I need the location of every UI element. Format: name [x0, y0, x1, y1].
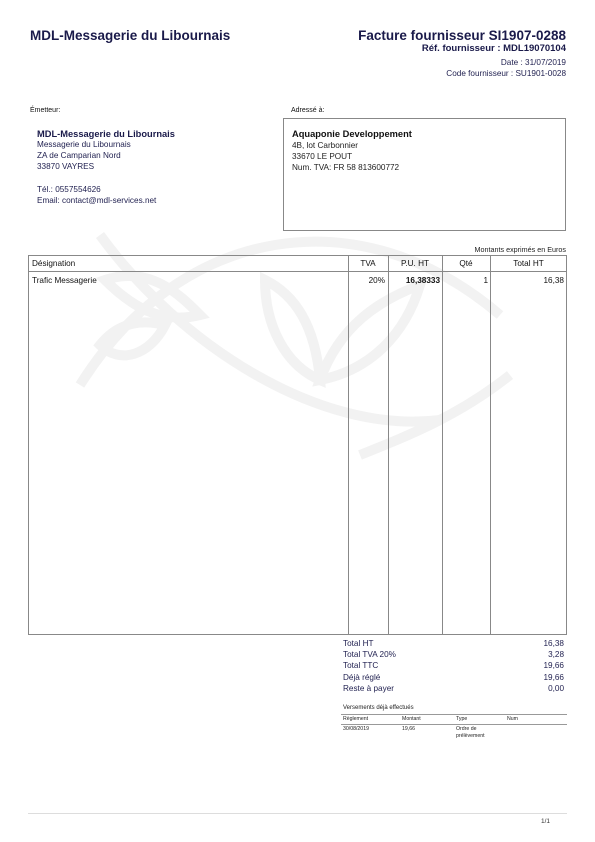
column-header-total-ht: Total HT — [490, 259, 567, 268]
sender-name: MDL-Messagerie du Libournais — [37, 129, 175, 139]
invoice-date: Date : 31/07/2019 — [501, 58, 566, 67]
footer-divider — [28, 813, 567, 814]
sender-box: MDL-Messagerie du Libournais Messagerie … — [28, 118, 276, 216]
column-divider — [348, 256, 349, 634]
total-ttc-value: 19,66 — [544, 661, 565, 670]
already-paid-value: 19,66 — [544, 673, 565, 682]
remaining-label: Reste à payer — [343, 684, 394, 693]
payments-header-bottom-divider — [341, 724, 567, 725]
sender-address-line: Messagerie du Libournais — [37, 140, 131, 149]
sender-label: Émetteur: — [30, 107, 60, 114]
sender-phone: Tél.: 0557554626 — [37, 185, 101, 194]
recipient-box: Aquaponie Developpement 4B, lot Carbonni… — [283, 118, 566, 231]
column-header-tva: TVA — [348, 259, 388, 268]
total-tva-value: 3,28 — [548, 650, 564, 659]
payments-column-type: Type — [456, 716, 467, 722]
sender-address-line: 33870 VAYRES — [37, 162, 94, 171]
sender-email: Email: contact@mdl-services.net — [37, 196, 156, 205]
column-divider — [442, 256, 443, 634]
document-title: Facture fournisseur SI1907-0288 — [358, 28, 566, 43]
total-ht-value: 16,38 — [544, 639, 565, 648]
column-header-quantity: Qté — [442, 259, 490, 268]
total-ttc-label: Total TTC — [343, 661, 378, 670]
recipient-address-line: 33670 LE POUT — [292, 152, 352, 161]
recipient-vat-number: Num. TVA: FR 58 813600772 — [292, 163, 399, 172]
column-divider — [388, 256, 389, 634]
row-total-ht: 16,38 — [490, 276, 564, 285]
payments-column-num: Num — [507, 716, 518, 722]
company-name: MDL-Messagerie du Libournais — [30, 28, 230, 43]
total-ht-label: Total HT — [343, 639, 373, 648]
remaining-value: 0,00 — [548, 684, 564, 693]
payments-column-amount: Montant — [402, 716, 421, 722]
payment-type-line: prélèvement — [456, 733, 485, 740]
recipient-name: Aquaponie Developpement — [292, 129, 412, 139]
payment-type: Ordre de prélèvement — [456, 726, 485, 740]
payments-column-date: Règlement — [343, 716, 368, 722]
payment-type-line: Ordre de — [456, 726, 485, 733]
row-tva: 20% — [348, 276, 385, 285]
payment-amount: 19,66 — [402, 726, 415, 733]
payments-header-top-divider — [341, 714, 567, 715]
column-header-designation: Désignation — [32, 259, 75, 268]
invoice-lines-table: Désignation TVA P.U. HT Qté Total HT Tra… — [28, 255, 567, 635]
recipient-address-line: 4B, lot Carbonnier — [292, 141, 358, 150]
sender-address-line: ZA de Camparian Nord — [37, 151, 121, 160]
already-paid-label: Déjà réglé — [343, 673, 380, 682]
column-divider — [490, 256, 491, 634]
row-quantity: 1 — [442, 276, 488, 285]
supplier-code: Code fournisseur : SU1901-0028 — [446, 69, 566, 78]
column-header-unit-price: P.U. HT — [388, 259, 442, 268]
total-tva-label: Total TVA 20% — [343, 650, 396, 659]
payments-title: Versements déjà effectués — [343, 705, 414, 711]
table-header-divider — [29, 271, 566, 272]
supplier-ref: Réf. fournisseur : MDL19070104 — [422, 43, 566, 54]
recipient-label: Adressé à: — [291, 107, 324, 114]
row-designation: Trafic Messagerie — [32, 276, 97, 285]
row-unit-price: 16,38333 — [388, 276, 440, 285]
currency-note: Montants exprimés en Euros — [475, 245, 566, 254]
page-number: 1/1 — [541, 818, 550, 825]
payment-date: 30/08/2019 — [343, 726, 369, 733]
